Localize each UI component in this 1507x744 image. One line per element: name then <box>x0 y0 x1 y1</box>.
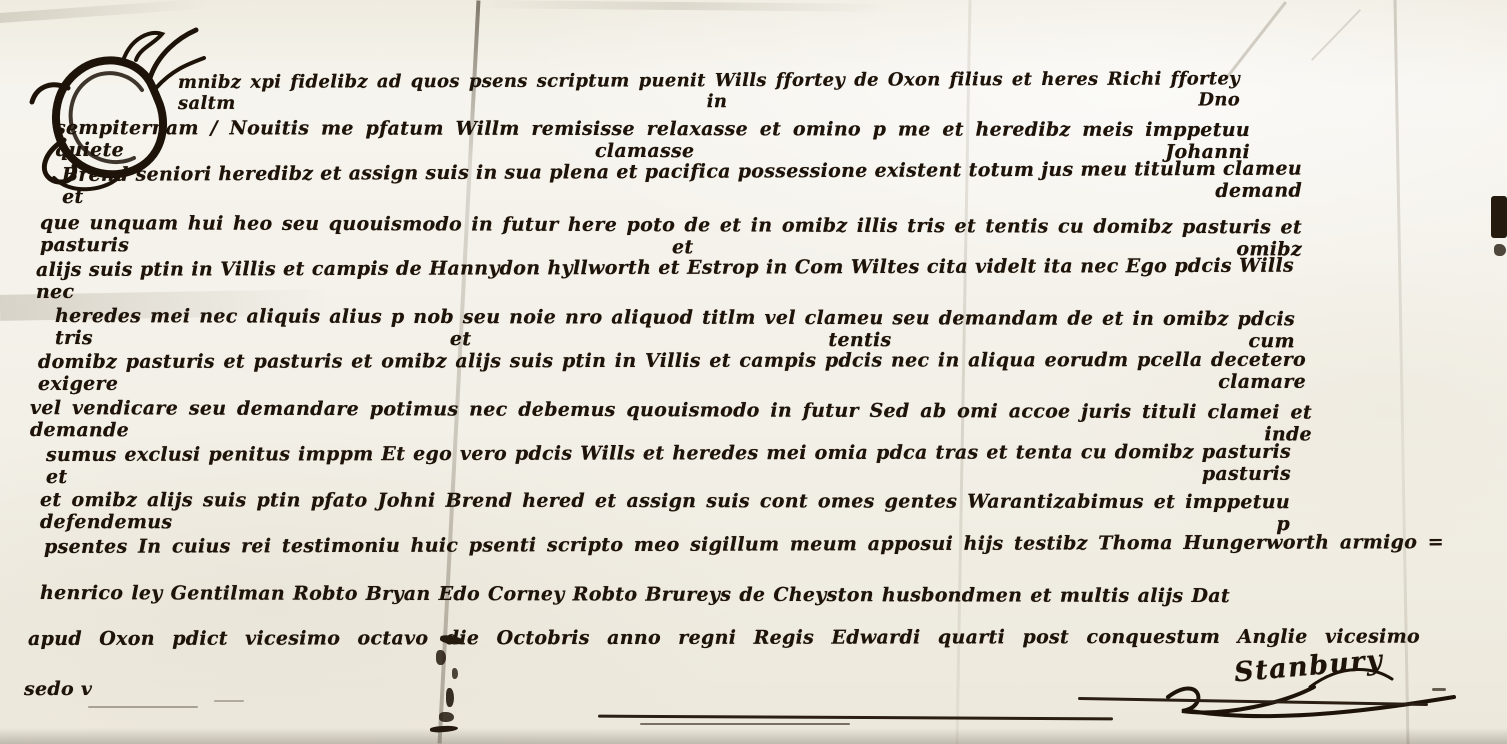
scan-shadow-bottom <box>0 728 1507 744</box>
manuscript-line: vel vendicare seu demandare potimus nec … <box>30 397 1312 445</box>
ink-blot-right-edge <box>1491 196 1507 238</box>
scratch-tick-right <box>1432 688 1446 691</box>
manuscript-page: mnibz xpi fidelibz ad quos psens scriptu… <box>0 0 1507 744</box>
ink-blot-right-edge-2 <box>1494 244 1506 256</box>
scratch-line-bottom <box>598 715 1113 721</box>
crease-streak-topcenter <box>470 0 890 12</box>
manuscript-line: sumus exclusi penitus imppm Et ego vero … <box>46 441 1291 488</box>
manuscript-line: sedo v <box>24 678 144 700</box>
manuscript-line: heredes mei nec aliquis alius p nob seu … <box>55 305 1295 352</box>
manuscript-line: mnibz xpi fidelibz ad quos psens scriptu… <box>178 68 1240 114</box>
manuscript-line: sempiternam / Nouitis me pfatum Willm re… <box>55 117 1250 163</box>
manuscript-line: henrico ley Gentilman Robto Bryan Edo Co… <box>40 582 1230 607</box>
ink-blot <box>446 688 454 707</box>
crease-diagonal-topright <box>1226 1 1287 78</box>
ink-blot <box>452 668 458 679</box>
manuscript-line: et omibz alijs suis ptin pfato Johni Bre… <box>40 489 1290 535</box>
scratch-dash-left-2 <box>214 700 244 702</box>
signature-block: Stanbury <box>1160 645 1460 720</box>
manuscript-line: Brend seniori heredibz et assign suis in… <box>62 158 1302 208</box>
manuscript-line: que unquam hui heo seu quouismodo in fut… <box>40 212 1302 260</box>
manuscript-line: psentes In cuius rei testimoniu huic pse… <box>44 531 1444 558</box>
ink-blot <box>439 712 454 722</box>
scratch-dash-left <box>88 706 198 708</box>
manuscript-line: alijs suis ptin in Villis et campis de H… <box>36 255 1294 303</box>
crease-diagonal-topright-2 <box>1311 9 1361 61</box>
ink-blot <box>436 650 446 665</box>
manuscript-line: domibz pasturis et pasturis et omibz ali… <box>38 349 1306 395</box>
ink-blot <box>430 725 458 733</box>
scratch-line-bottom-thin <box>640 723 850 725</box>
